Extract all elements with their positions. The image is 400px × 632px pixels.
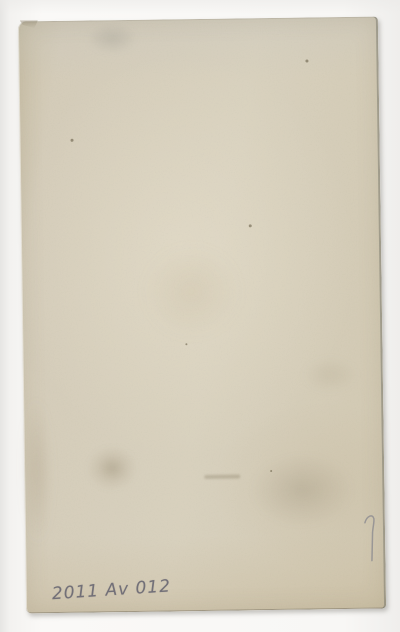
left-edge-discoloration xyxy=(21,396,53,546)
top-scuff-mark xyxy=(86,22,138,55)
card-back: 2011 Av 012 xyxy=(18,17,386,614)
faint-center-stain xyxy=(141,243,242,339)
corner-chip-damage xyxy=(20,20,38,28)
small-smudge-dash xyxy=(204,474,240,479)
faint-right-stain xyxy=(303,357,358,393)
speck xyxy=(249,224,252,227)
fingerprint-smudge xyxy=(249,452,355,528)
speck xyxy=(305,59,308,62)
pencil-tick-mark xyxy=(361,511,382,567)
speck xyxy=(185,343,187,345)
handwritten-accession-number: 2011 Av 012 xyxy=(51,576,171,604)
paper-grain-texture xyxy=(18,17,386,614)
left-smudge-stain xyxy=(86,445,139,492)
speck xyxy=(71,139,74,142)
speck xyxy=(270,470,272,472)
photo-backdrop: 2011 Av 012 xyxy=(0,0,400,632)
